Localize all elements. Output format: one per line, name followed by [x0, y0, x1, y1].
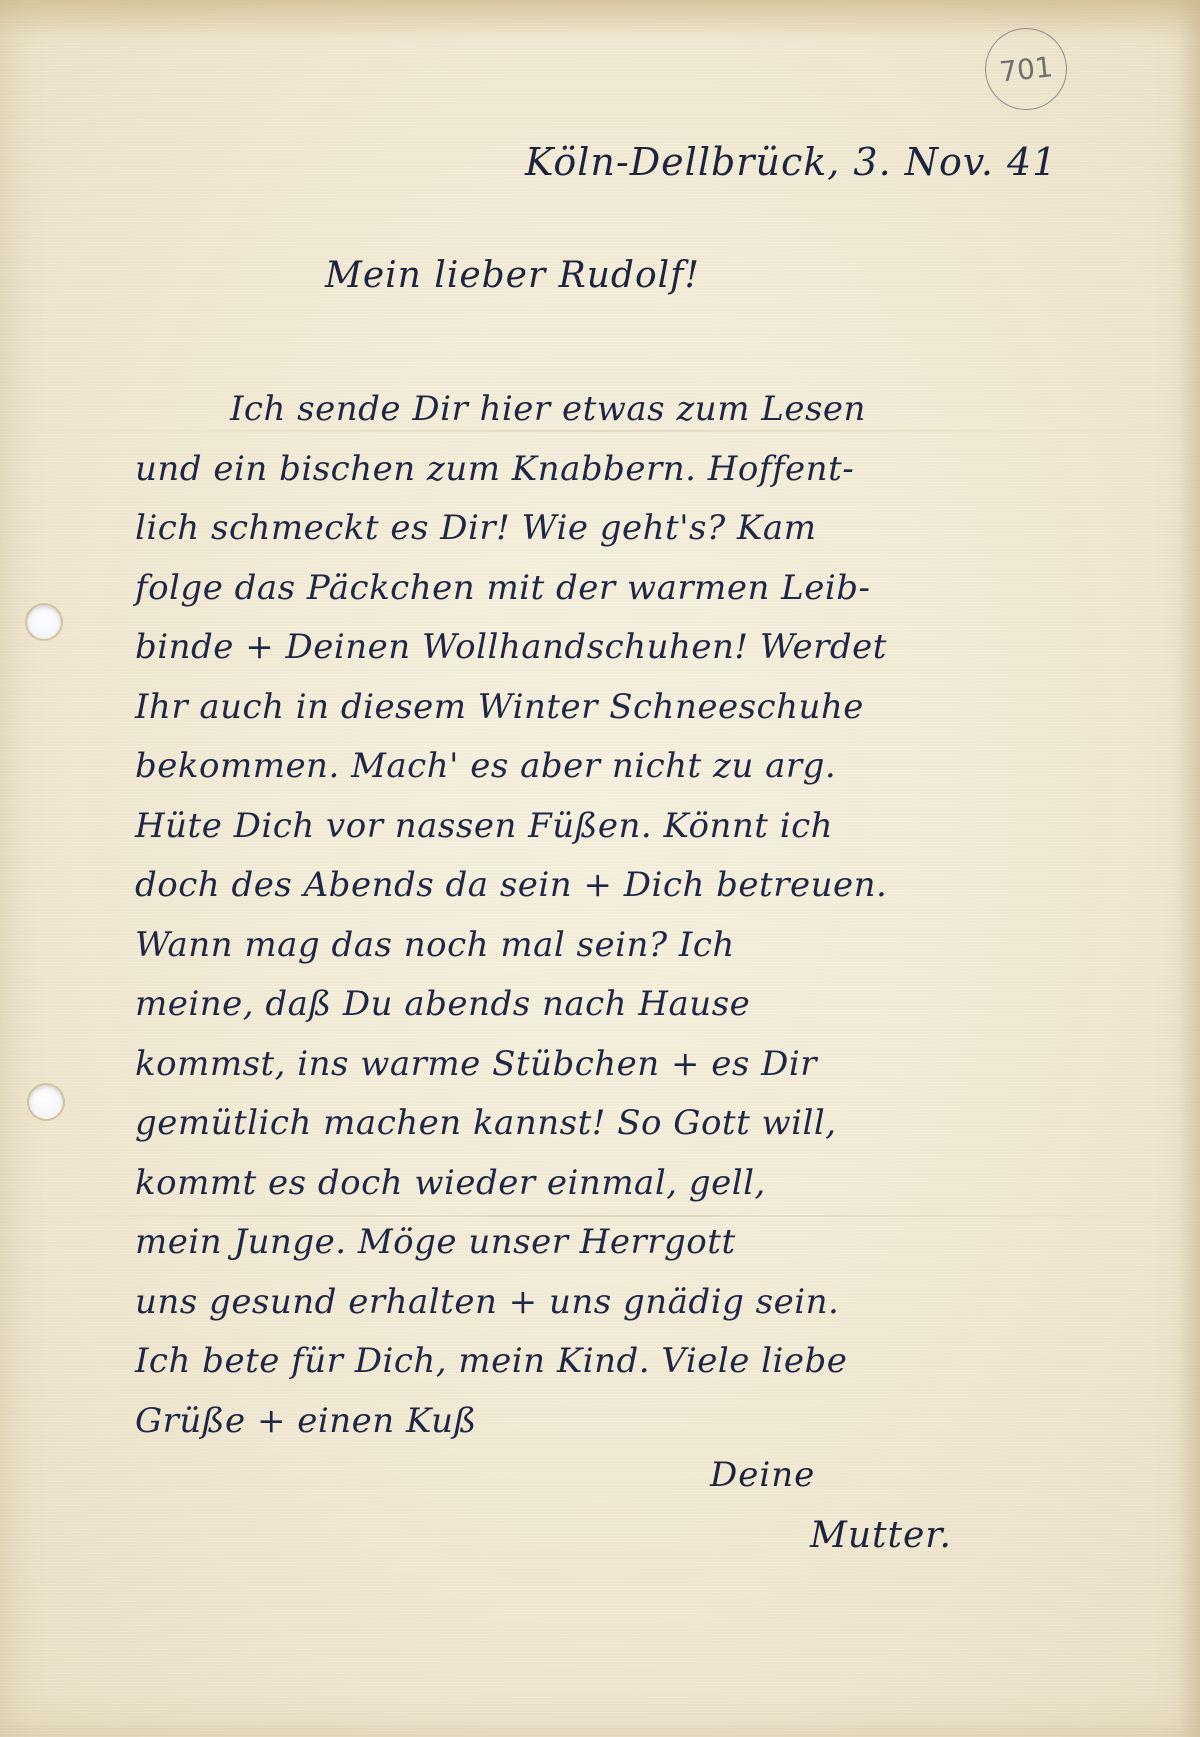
punch-hole-lower: [29, 1085, 63, 1119]
archive-number: 701: [998, 50, 1055, 88]
body-line: Wann mag das noch mal sein? Ich: [135, 916, 887, 976]
punch-hole-upper: [27, 605, 61, 639]
body-line: folge das Päckchen mit der warmen Leib-: [135, 559, 887, 619]
body-line: mein Junge. Möge unser Herrgott: [135, 1213, 887, 1273]
body-line: kommt es doch wieder einmal, gell,: [135, 1154, 887, 1214]
body-line: Grüße + einen Kuß: [135, 1392, 887, 1452]
body-line: bekommen. Mach' es aber nicht zu arg.: [135, 737, 887, 797]
letter-body: Ich sende Dir hier etwas zum Lesen und e…: [135, 380, 887, 1451]
body-line: Hüte Dich vor nassen Füßen. Könnt ich: [135, 797, 887, 857]
archive-number-stamp: 701: [981, 24, 1071, 114]
body-line: binde + Deinen Wollhandschuhen! Werdet: [135, 618, 887, 678]
body-line: lich schmeckt es Dir! Wie geht's? Kam: [135, 499, 887, 559]
body-line: kommst, ins warme Stübchen + es Dir: [135, 1035, 887, 1095]
body-line: doch des Abends da sein + Dich betreuen.: [135, 856, 887, 916]
signature: Mutter.: [810, 1515, 952, 1556]
body-line: gemütlich machen kannst! So Gott will,: [135, 1094, 887, 1154]
body-line: Ich sende Dir hier etwas zum Lesen: [135, 380, 887, 440]
body-line: Ich bete für Dich, mein Kind. Viele lieb…: [135, 1332, 887, 1392]
letter-page: 701 Köln-Dellbrück, 3. Nov. 41 Mein lieb…: [0, 0, 1200, 1737]
salutation: Mein lieber Rudolf!: [325, 255, 700, 296]
body-line: uns gesund erhalten + uns gnädig sein.: [135, 1273, 887, 1333]
body-line: meine, daß Du abends nach Hause: [135, 975, 887, 1035]
place-date-line: Köln-Dellbrück, 3. Nov. 41: [525, 140, 1057, 184]
body-line: Ihr auch in diesem Winter Schneeschuhe: [135, 678, 887, 738]
body-line: und ein bischen zum Knabbern. Hoffent-: [135, 440, 887, 500]
closing: Deine: [710, 1455, 815, 1495]
